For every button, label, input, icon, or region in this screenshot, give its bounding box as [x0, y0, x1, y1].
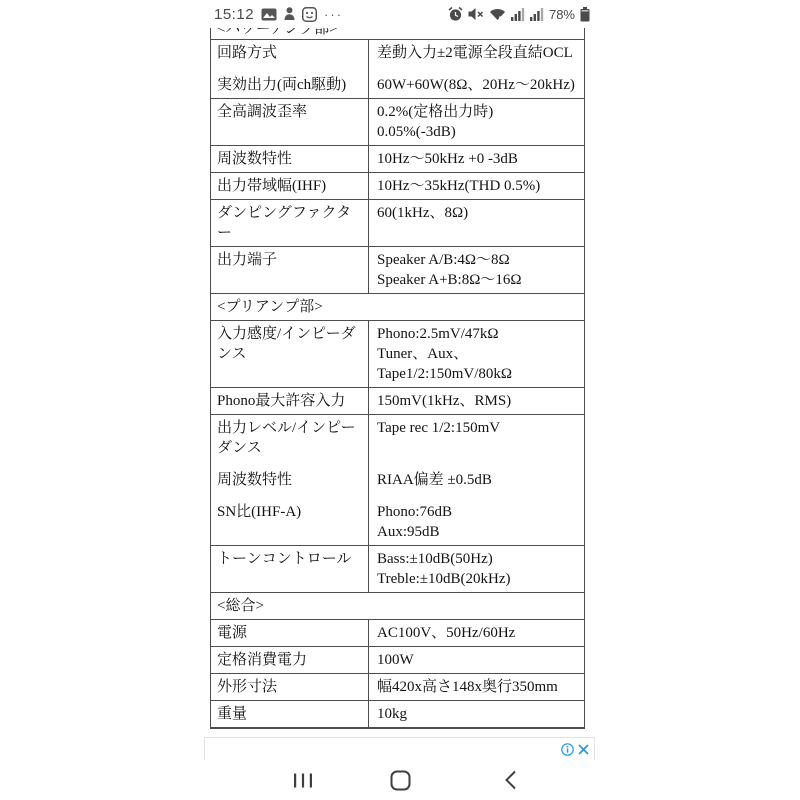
- spec-label: 定格消費電力: [211, 650, 368, 670]
- spec-value-line: Tuner、Aux、: [377, 344, 580, 364]
- spec-value: 0.2%(定格出力時)0.05%(-3dB): [368, 102, 584, 142]
- back-button[interactable]: [493, 765, 527, 795]
- spec-value: Phono:2.5mV/47kΩTuner、Aux、Tape1/2:150mV/…: [368, 324, 584, 384]
- spec-value: 10Hz〜50kHz +0 -3dB: [368, 149, 584, 169]
- spec-pair: 出力端子Speaker A/B:4Ω〜8ΩSpeaker A+B:8Ω〜16Ω: [211, 250, 584, 290]
- spec-label: 回路方式: [211, 43, 368, 63]
- signal-icon: [530, 8, 544, 21]
- spec-value: 100W: [368, 650, 584, 670]
- status-bar-left: 15:12 ···: [214, 6, 343, 23]
- section-row: <プリアンプ部>: [211, 294, 584, 321]
- spec-pair: 回路方式差動入力±2電源全段直結OCL: [211, 43, 584, 63]
- spec-pair: 実効出力(両ch駆動)60W+60W(8Ω、20Hz〜20kHz): [211, 75, 584, 95]
- mute-icon: [468, 7, 484, 21]
- spec-row: 周波数特性10Hz〜50kHz +0 -3dB: [211, 146, 584, 173]
- spec-row: Phono最大許容入力150mV(1kHz、RMS): [211, 388, 584, 415]
- image-notification-icon: [261, 8, 277, 21]
- spec-value: RIAA偏差 ±0.5dB: [368, 470, 584, 490]
- alarm-icon: [448, 7, 463, 22]
- spec-row: 外形寸法幅420x高さ148x奥行350mm: [211, 674, 584, 701]
- spec-value: 幅420x高さ148x奥行350mm: [368, 677, 584, 697]
- spec-value: Bass:±10dB(50Hz)Treble:±10dB(20kHz): [368, 549, 584, 589]
- spec-value-line: 60(1kHz、8Ω): [377, 203, 580, 223]
- spec-label: 出力帯域幅(IHF): [211, 176, 368, 196]
- spec-value-line: Phono:76dB: [377, 502, 580, 522]
- clock-text: 15:12: [214, 6, 254, 23]
- spec-value-line: 10Hz〜35kHz(THD 0.5%): [377, 176, 580, 196]
- spec-value-line: 100W: [377, 650, 580, 670]
- clipped-row: <パワーアンプ部>: [211, 28, 584, 40]
- spec-pair: 入力感度/インピーダンスPhono:2.5mV/47kΩTuner、Aux、Ta…: [211, 324, 584, 384]
- home-icon: [390, 770, 411, 791]
- phone-screen: 15:12 ···: [200, 0, 600, 800]
- home-button[interactable]: [383, 765, 417, 795]
- spec-pair: 出力レベル/インピーダンスTape rec 1/2:150mV: [211, 418, 584, 458]
- wifi-icon: [489, 8, 506, 21]
- status-bar-right: 78%: [448, 7, 590, 22]
- spec-value-line: 150mV(1kHz、RMS): [377, 391, 580, 411]
- screenshot-canvas: 15:12 ···: [0, 0, 800, 800]
- spec-label: 出力レベル/インピーダンス: [211, 418, 368, 458]
- spec-label: 実効出力(両ch駆動): [211, 75, 368, 95]
- spec-label: ダンピングファクター: [211, 203, 368, 243]
- spec-pair: 全高調波歪率0.2%(定格出力時)0.05%(-3dB): [211, 102, 584, 142]
- spec-value-line: 60W+60W(8Ω、20Hz〜20kHz): [377, 75, 580, 95]
- notification-overflow-dots: ···: [324, 7, 343, 22]
- spec-value-line: AC100V、50Hz/60Hz: [377, 623, 580, 643]
- battery-percent-text: 78%: [549, 7, 575, 22]
- spec-pair: ダンピングファクター60(1kHz、8Ω): [211, 203, 584, 243]
- spec-pair: 外形寸法幅420x高さ148x奥行350mm: [211, 677, 584, 697]
- spec-value-line: Treble:±10dB(20kHz): [377, 569, 580, 589]
- spec-label: 出力端子: [211, 250, 368, 290]
- spec-value: 10Hz〜35kHz(THD 0.5%): [368, 176, 584, 196]
- spec-pair: 出力帯域幅(IHF)10Hz〜35kHz(THD 0.5%): [211, 176, 584, 196]
- spec-label: 重量: [211, 704, 368, 724]
- spec-label: 外形寸法: [211, 677, 368, 697]
- section-row: <総合>: [211, 593, 584, 620]
- spec-value-line: Tape1/2:150mV/80kΩ: [377, 364, 580, 384]
- spec-row: 出力端子Speaker A/B:4Ω〜8ΩSpeaker A+B:8Ω〜16Ω: [211, 247, 584, 294]
- spec-value-line: Speaker A+B:8Ω〜16Ω: [377, 270, 580, 290]
- spec-pair: 重量10kg: [211, 704, 584, 724]
- back-icon: [504, 770, 517, 790]
- spec-value-line: 10Hz〜50kHz +0 -3dB: [377, 149, 580, 169]
- clipped-row-text: <パワーアンプ部>: [217, 28, 584, 39]
- status-bar: 15:12 ···: [200, 0, 600, 28]
- spec-pair: トーンコントロールBass:±10dB(50Hz)Treble:±10dB(20…: [211, 549, 584, 589]
- battery-icon: [580, 7, 590, 22]
- spec-row: 全高調波歪率0.2%(定格出力時)0.05%(-3dB): [211, 99, 584, 146]
- spec-value-line: Tape rec 1/2:150mV: [377, 418, 580, 438]
- spec-value: Speaker A/B:4Ω〜8ΩSpeaker A+B:8Ω〜16Ω: [368, 250, 584, 290]
- recent-apps-button[interactable]: [286, 765, 320, 795]
- spec-value-line: 0.2%(定格出力時): [377, 102, 580, 122]
- person-notification-icon: [284, 7, 295, 21]
- spec-row: 回路方式差動入力±2電源全段直結OCL実効出力(両ch駆動)60W+60W(8Ω…: [211, 40, 584, 99]
- spec-value: 60W+60W(8Ω、20Hz〜20kHz): [368, 75, 584, 95]
- ad-info-icon[interactable]: [561, 743, 574, 756]
- spec-label: SN比(IHF-A): [211, 502, 368, 542]
- spec-value: 60(1kHz、8Ω): [368, 203, 584, 243]
- spec-value-line: 幅420x高さ148x奥行350mm: [377, 677, 580, 697]
- spec-row: 定格消費電力100W: [211, 647, 584, 674]
- spec-value-line: Aux:95dB: [377, 522, 580, 542]
- spec-label: 入力感度/インピーダンス: [211, 324, 368, 384]
- ad-close-icon[interactable]: [577, 743, 590, 756]
- spec-label: 周波数特性: [211, 149, 368, 169]
- spec-value: Phono:76dBAux:95dB: [368, 502, 584, 542]
- spec-pair: SN比(IHF-A)Phono:76dBAux:95dB: [211, 502, 584, 542]
- app-notification-icon: [302, 7, 317, 22]
- spec-pair: 定格消費電力100W: [211, 650, 584, 670]
- spec-value: 10kg: [368, 704, 584, 724]
- spec-row: トーンコントロールBass:±10dB(50Hz)Treble:±10dB(20…: [211, 546, 584, 593]
- ad-banner: [204, 737, 595, 761]
- spec-value: 150mV(1kHz、RMS): [368, 391, 584, 411]
- spec-pair: 周波数特性10Hz〜50kHz +0 -3dB: [211, 149, 584, 169]
- spec-label: Phono最大許容入力: [211, 391, 368, 411]
- spec-value-line: RIAA偏差 ±0.5dB: [377, 470, 580, 490]
- spec-label: 電源: [211, 623, 368, 643]
- recent-apps-icon: [293, 773, 313, 788]
- spec-value: AC100V、50Hz/60Hz: [368, 623, 584, 643]
- spec-pair: 電源AC100V、50Hz/60Hz: [211, 623, 584, 643]
- signal-icon: [511, 8, 525, 21]
- spec-value: Tape rec 1/2:150mV: [368, 418, 584, 458]
- spec-row: 入力感度/インピーダンスPhono:2.5mV/47kΩTuner、Aux、Ta…: [211, 321, 584, 388]
- spec-row: 電源AC100V、50Hz/60Hz: [211, 620, 584, 647]
- spec-value-line: 0.05%(-3dB): [377, 122, 580, 142]
- spec-row: 出力帯域幅(IHF)10Hz〜35kHz(THD 0.5%): [211, 173, 584, 200]
- spec-label: トーンコントロール: [211, 549, 368, 589]
- spec-value-line: 差動入力±2電源全段直結OCL: [377, 43, 580, 63]
- spec-value-line: Bass:±10dB(50Hz): [377, 549, 580, 569]
- spec-row: 出力レベル/インピーダンスTape rec 1/2:150mV周波数特性RIAA…: [211, 415, 584, 546]
- spec-table: <パワーアンプ部>回路方式差動入力±2電源全段直結OCL実効出力(両ch駆動)6…: [210, 28, 585, 729]
- navigation-bar: [200, 760, 600, 800]
- spec-pair: 周波数特性RIAA偏差 ±0.5dB: [211, 470, 584, 490]
- spec-value-line: Speaker A/B:4Ω〜8Ω: [377, 250, 580, 270]
- spec-row: ダンピングファクター60(1kHz、8Ω): [211, 200, 584, 247]
- spec-label: 周波数特性: [211, 470, 368, 490]
- spec-value-line: 10kg: [377, 704, 580, 724]
- spec-row: 重量10kg: [211, 701, 584, 728]
- spec-value-line: Phono:2.5mV/47kΩ: [377, 324, 580, 344]
- spec-pair: Phono最大許容入力150mV(1kHz、RMS): [211, 391, 584, 411]
- spec-value: 差動入力±2電源全段直結OCL: [368, 43, 584, 63]
- spec-label: 全高調波歪率: [211, 102, 368, 142]
